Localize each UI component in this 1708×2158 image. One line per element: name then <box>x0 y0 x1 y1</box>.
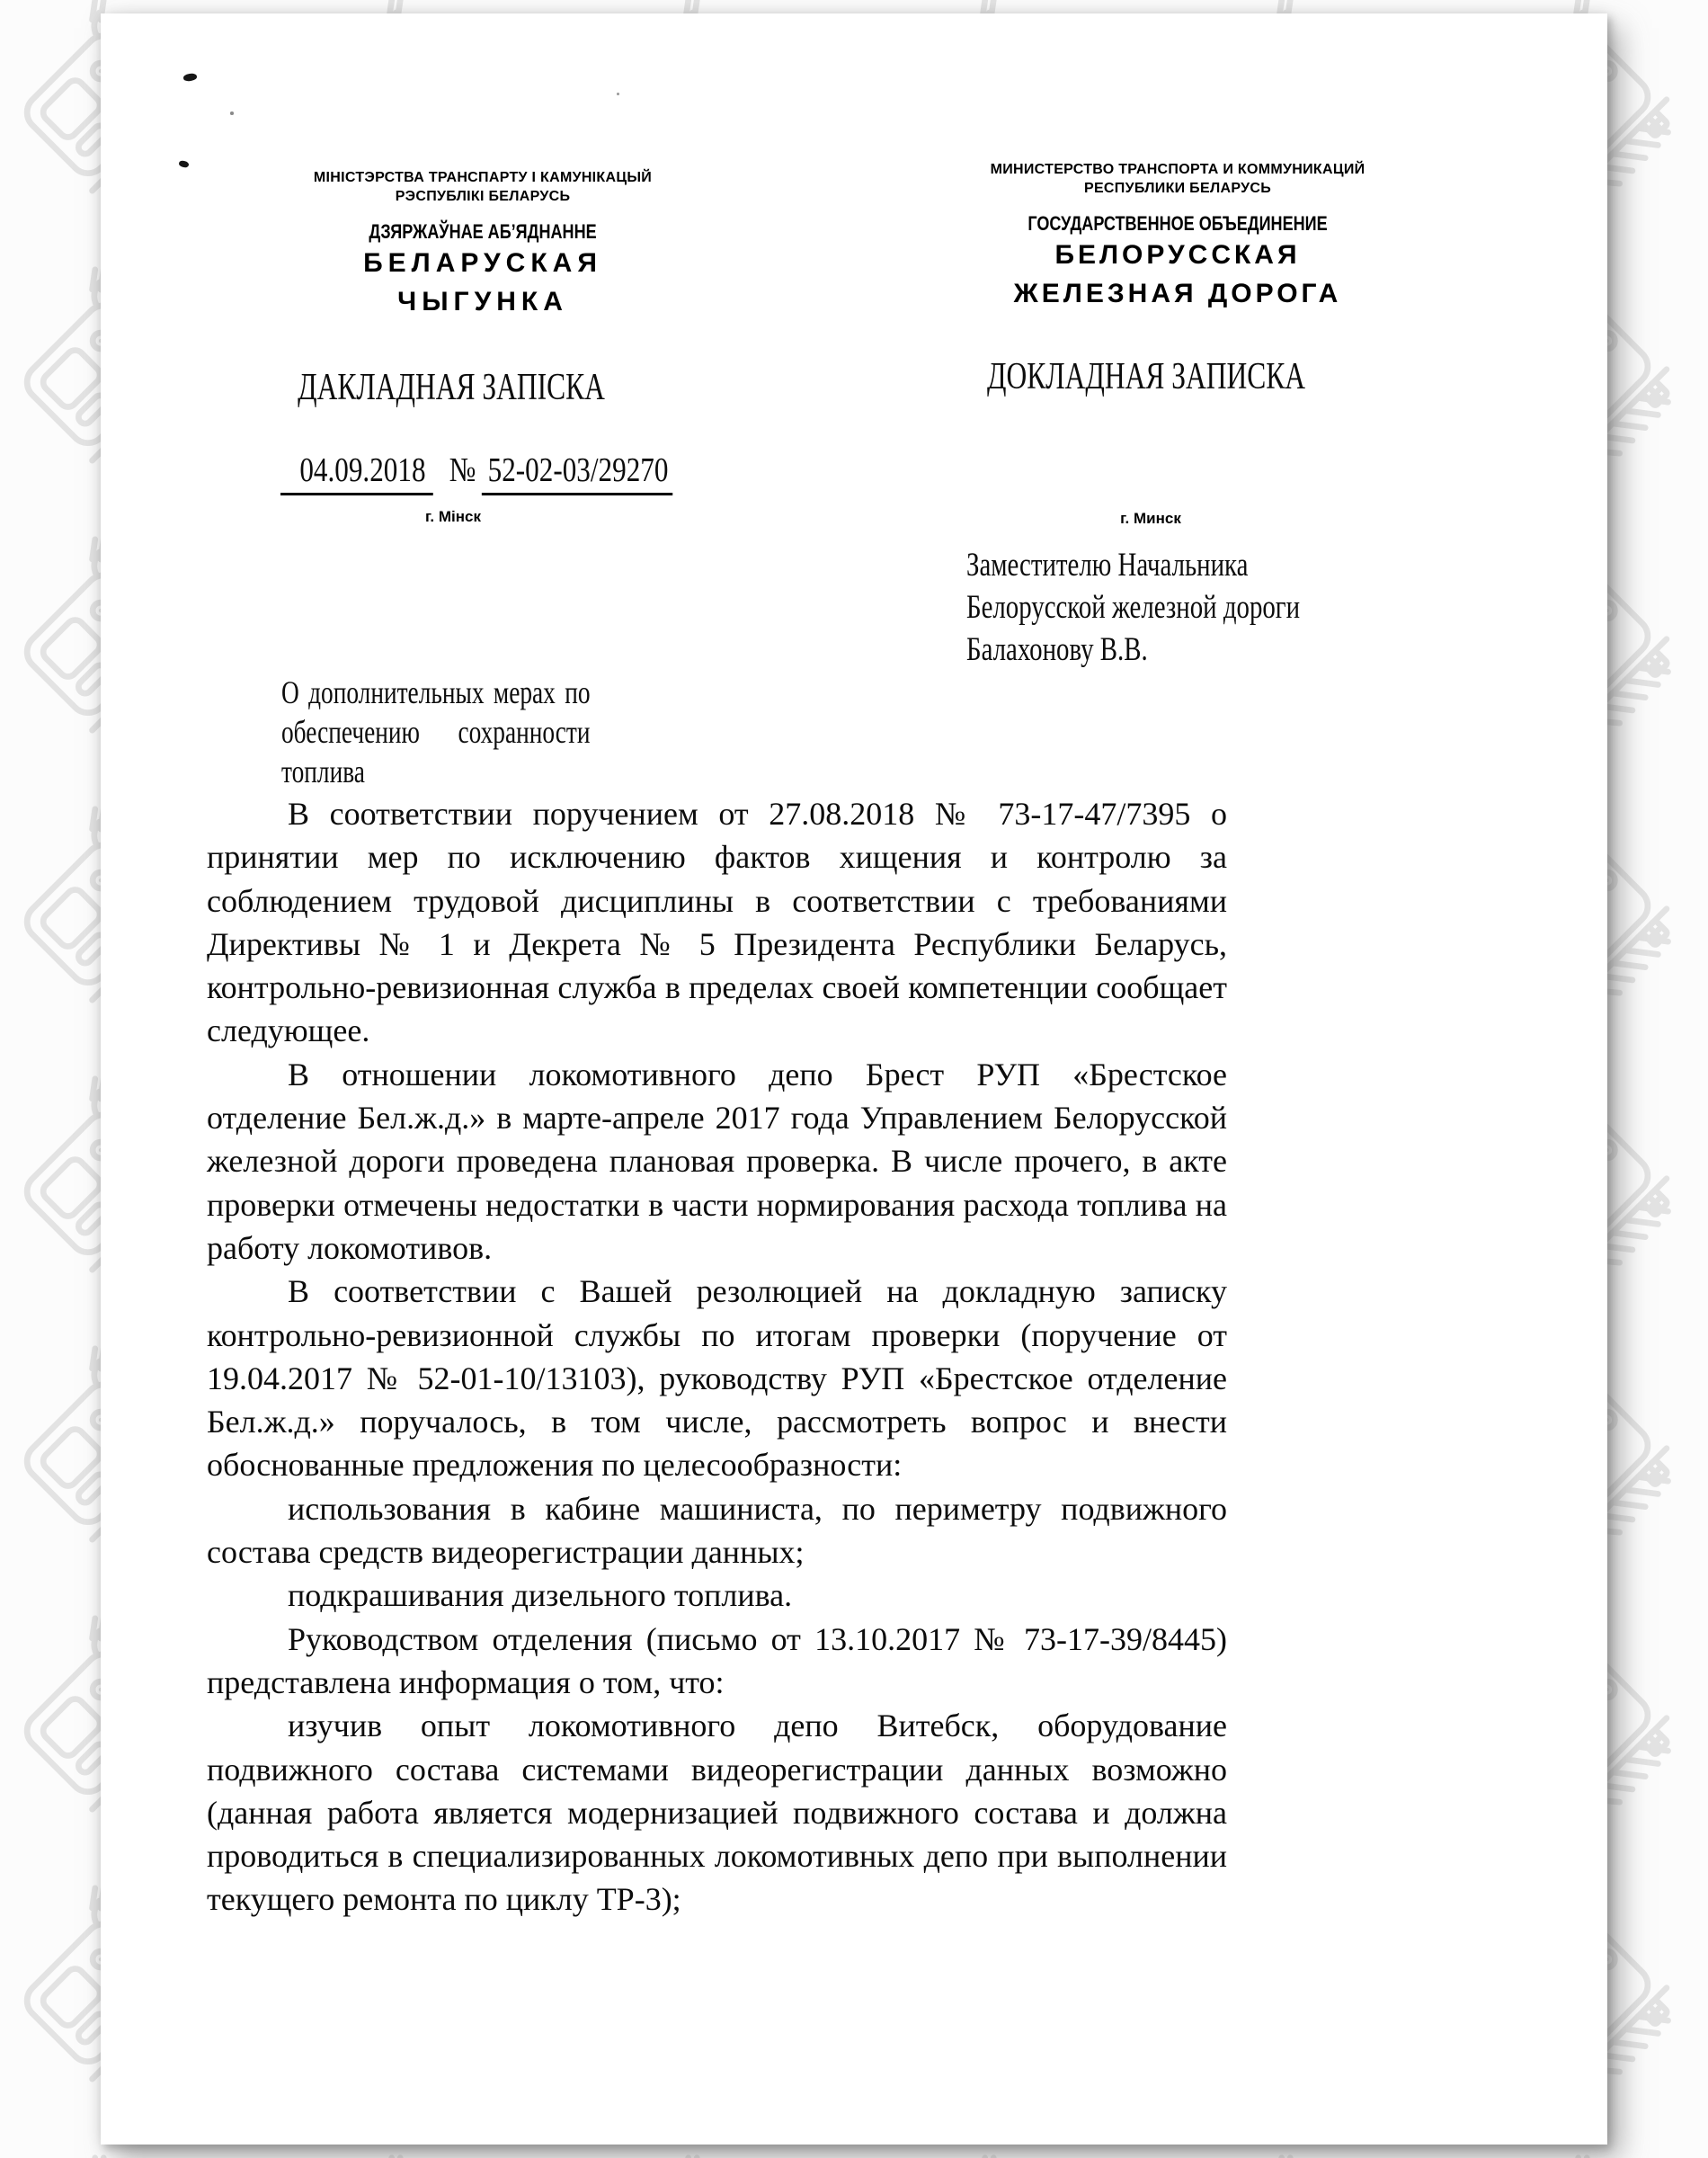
org-name-be-line1: БЕЛАРУСКАЯ <box>240 244 725 282</box>
org-name-be-line2: ЧЫГУНКА <box>240 282 725 321</box>
doc-type-title-be: ДАКЛАДНАЯ ЗАПІСКА <box>270 366 634 409</box>
org-name-ru-line1: БЕЛОРУССКАЯ <box>935 236 1420 274</box>
subject-line: топлива <box>281 752 591 791</box>
subject-block: О дополнительных мерах по обеспечению со… <box>281 673 591 791</box>
addressee-line: Балахонову В.В. <box>966 629 1300 671</box>
body-paragraph: В соответствии с Вашей резолюцией на док… <box>207 1270 1227 1486</box>
letterhead-belarusian: МІНІСТЭРСТВА ТРАНСПАРТУ І КАМУНІКАЦЫЙ РЭ… <box>240 168 725 321</box>
scanned-document-view: { "header_left": { "ministry_line1": "МІ… <box>0 0 1708 2158</box>
subject-line: О дополнительных мерах по <box>281 673 591 712</box>
org-name-ru-line2: ЖЕЛЕЗНАЯ ДОРОГА <box>935 274 1420 313</box>
doc-number: 52-02-03/29270 <box>482 451 672 495</box>
body-paragraph: В отношении локомотивного депо Брест РУП… <box>207 1053 1227 1270</box>
city-ru: г. Минск <box>1088 510 1214 528</box>
addressee-line: Заместителю Начальника <box>966 544 1300 586</box>
ministry-name-be-line1: МІНІСТЭРСТВА ТРАНСПАРТУ І КАМУНІКАЦЫЙ <box>240 168 725 187</box>
body-paragraph: В соответствии поручением от 27.08.2018 … <box>207 792 1227 1053</box>
subject-line: обеспечению сохранности <box>281 712 591 752</box>
org-type-be: ДЗЯРЖАЎНАЕ АБ’ЯДНАННЕ <box>284 220 682 244</box>
addressee-block: Заместителю Начальника Белорусской желез… <box>966 544 1300 671</box>
scan-speck <box>230 111 234 115</box>
body-paragraph: Руководством отделения (письмо от 13.10.… <box>207 1618 1227 1705</box>
document-body: В соответствии поручением от 27.08.2018 … <box>207 792 1227 1922</box>
body-paragraph: подкрашивания дизельного топлива. <box>207 1574 1227 1617</box>
org-type-ru: ГОСУДАРСТВЕННОЕ ОБЪЕДИНЕНИЕ <box>979 212 1377 236</box>
doc-date: 04.09.2018 <box>280 451 433 495</box>
document-page: МІНІСТЭРСТВА ТРАНСПАРТУ І КАМУНІКАЦЫЙ РЭ… <box>101 13 1607 2145</box>
doc-type-title-ru: ДОКЛАДНАЯ ЗАПИСКА <box>965 355 1329 398</box>
body-paragraph: изучив опыт локомотивного депо Витебск, … <box>207 1704 1227 1921</box>
city-be: г. Мінск <box>390 508 516 526</box>
reference-line: 04.09.2018№52-02-03/29270 <box>280 450 672 490</box>
scan-speck <box>178 160 189 168</box>
letterhead-russian: МИНИСТЕРСТВО ТРАНСПОРТА И КОММУНИКАЦИЙ Р… <box>935 160 1420 313</box>
body-paragraph: использования в кабине машиниста, по пер… <box>207 1487 1227 1574</box>
scan-speck <box>183 73 198 82</box>
ministry-name-be-line2: РЭСПУБЛІКІ БЕЛАРУСЬ <box>240 187 725 206</box>
scan-speck <box>617 93 619 95</box>
ministry-name-ru-line2: РЕСПУБЛИКИ БЕЛАРУСЬ <box>935 179 1420 198</box>
number-sign: № <box>449 451 476 489</box>
addressee-line: Белорусской железной дороги <box>966 586 1300 629</box>
ministry-name-ru-line1: МИНИСТЕРСТВО ТРАНСПОРТА И КОММУНИКАЦИЙ <box>935 160 1420 179</box>
